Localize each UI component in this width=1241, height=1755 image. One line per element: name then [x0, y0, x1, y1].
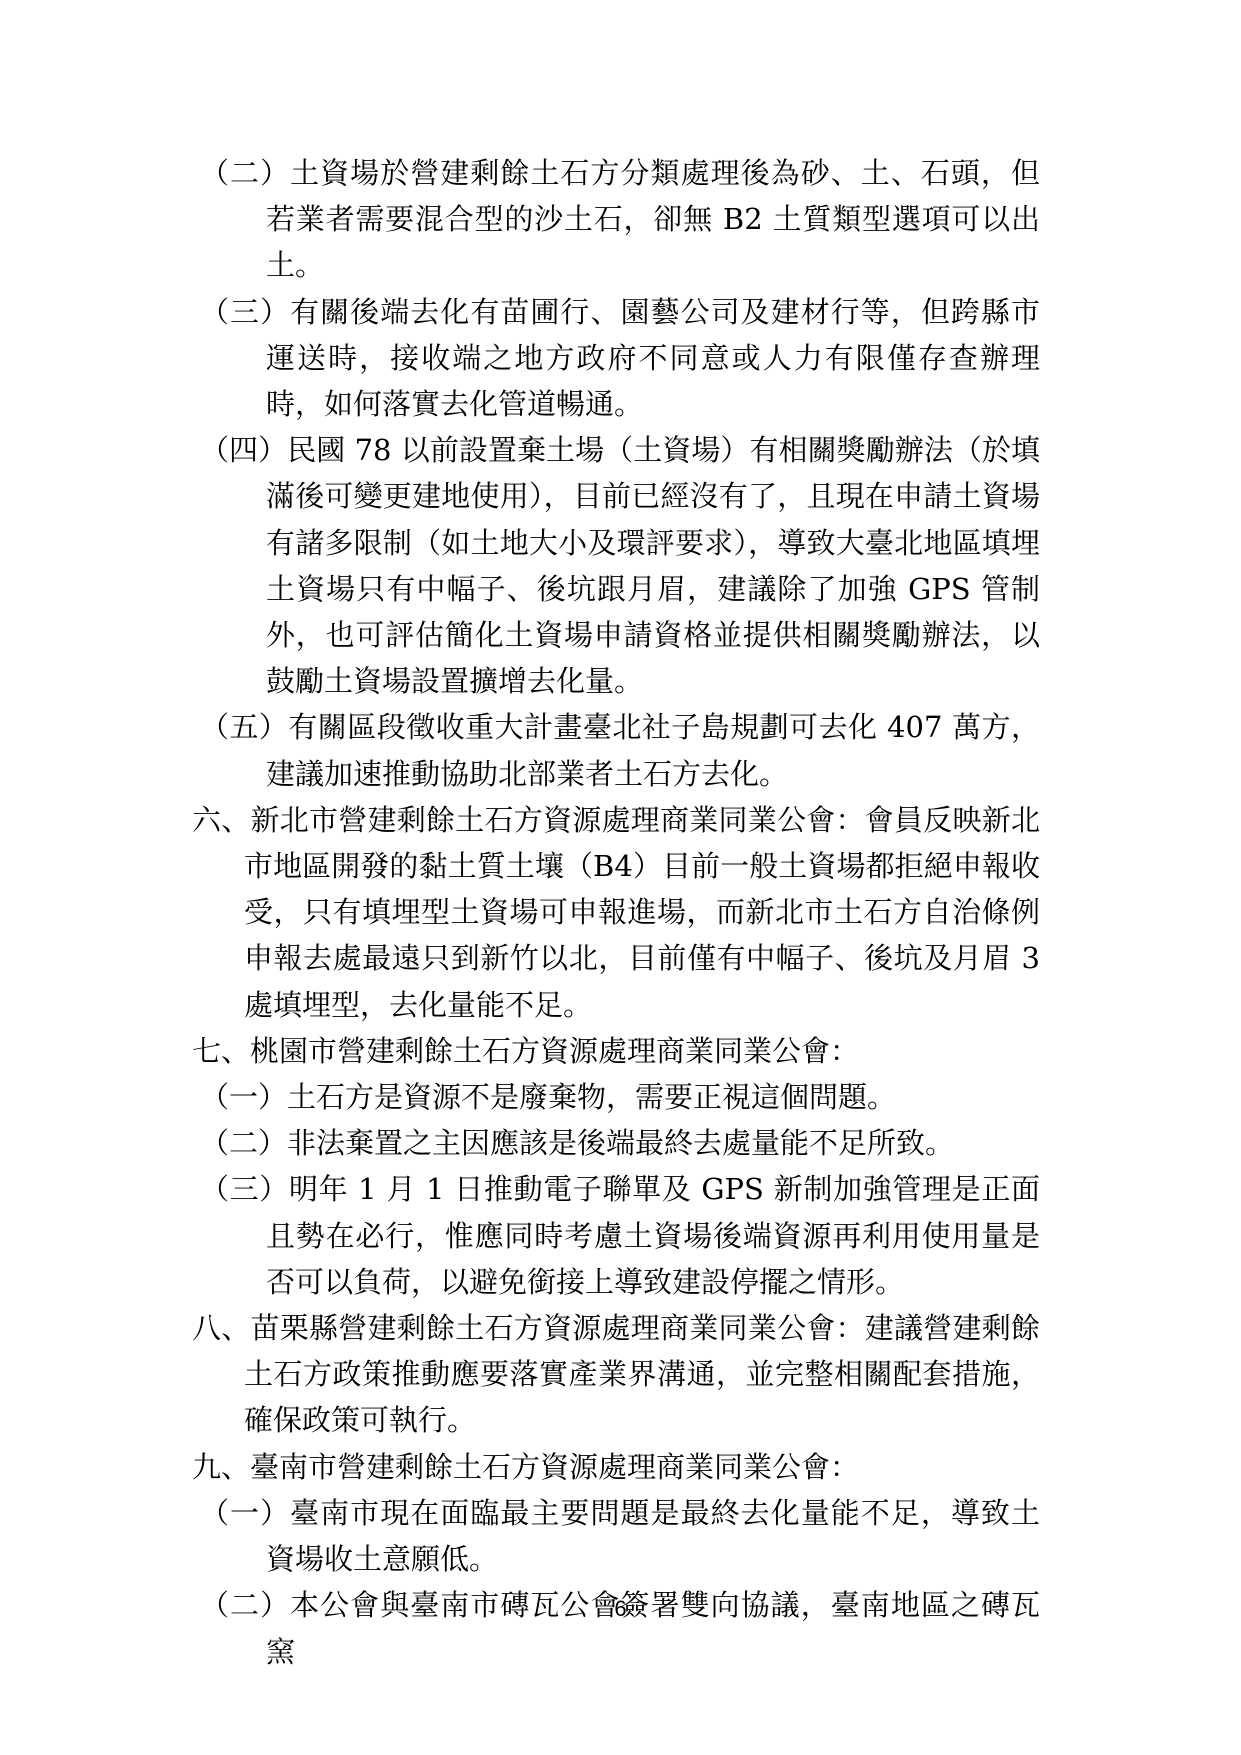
list-item: 六、新北市營建剩餘土石方資源處理商業同業公會：會員反映新北市地區開發的黏土質土壤…	[192, 797, 1040, 1028]
page-number: 6	[0, 1596, 1241, 1622]
item-text: 桃園市營建剩餘土石方資源處理商業同業公會：	[250, 1034, 859, 1068]
item-text: 臺南市營建剩餘土石方資源處理商業同業公會：	[250, 1450, 859, 1484]
item-marker: （二）	[200, 1126, 287, 1160]
item-marker: （二）	[200, 156, 290, 190]
item-marker: 六、	[192, 803, 251, 837]
item-text: 有關後端去化有苗圃行、園藝公司及建材行等，但跨縣市運送時，接收端之地方政府不同意…	[266, 295, 1040, 421]
list-item: （三）明年 1 月 1 日推動電子聯單及 GPS 新制加強管理是正面且勢在必行，…	[200, 1166, 1040, 1305]
item-text: 土石方是資源不是廢棄物，需要正視這個問題。	[287, 1080, 896, 1114]
list-item: （一）臺南市現在面臨最主要問題是最終去化量能不足，導致土資場收土意願低。	[200, 1490, 1040, 1582]
item-text: 土資場於營建剩餘土石方分類處理後為砂、土、石頭，但若業者需要混合型的沙土石，卻無…	[266, 156, 1040, 282]
list-item: （三）有關後端去化有苗圃行、園藝公司及建材行等，但跨縣市運送時，接收端之地方政府…	[200, 289, 1040, 428]
list-item: 九、臺南市營建剩餘土石方資源處理商業同業公會：	[192, 1444, 1040, 1490]
document-page: （二）土資場於營建剩餘土石方分類處理後為砂、土、石頭，但若業者需要混合型的沙土石…	[0, 0, 1241, 1755]
item-text: 民國 78 以前設置棄土場（土資場）有相關獎勵辦法（於填滿後可變更建地使用），目…	[266, 433, 1040, 698]
list-item: （四）民國 78 以前設置棄土場（土資場）有相關獎勵辦法（於填滿後可變更建地使用…	[200, 427, 1040, 704]
item-text: 有關區段徵收重大計畫臺北社子島規劃可去化 407 萬方，建議加速推動協助北部業者…	[266, 710, 1040, 790]
list-item: （二）非法棄置之主因應該是後端最終去處量能不足所致。	[200, 1120, 1040, 1166]
item-marker: （三）	[200, 1172, 289, 1206]
item-marker: （五）	[200, 710, 288, 744]
list-item: （五）有關區段徵收重大計畫臺北社子島規劃可去化 407 萬方，建議加速推動協助北…	[200, 704, 1040, 796]
item-text: 苗栗縣營建剩餘土石方資源處理商業同業公會：建議營建剩餘土石方政策推動應要落實產業…	[244, 1311, 1040, 1437]
item-marker: 七、	[192, 1034, 250, 1068]
item-marker: （一）	[200, 1496, 290, 1530]
item-marker: 八、	[192, 1311, 251, 1345]
item-marker: （三）	[200, 295, 290, 329]
item-text: 非法棄置之主因應該是後端最終去處量能不足所致。	[287, 1126, 954, 1160]
item-marker: （四）	[200, 433, 287, 467]
list-item: 七、桃園市營建剩餘土石方資源處理商業同業公會：	[192, 1028, 1040, 1074]
item-text: 明年 1 月 1 日推動電子聯單及 GPS 新制加強管理是正面且勢在必行，惟應同…	[266, 1172, 1040, 1298]
list-item: （二）土資場於營建剩餘土石方分類處理後為砂、土、石頭，但若業者需要混合型的沙土石…	[200, 150, 1040, 289]
item-marker: （一）	[200, 1080, 287, 1114]
list-item: 八、苗栗縣營建剩餘土石方資源處理商業同業公會：建議營建剩餘土石方政策推動應要落實…	[192, 1305, 1040, 1444]
item-text: 臺南市現在面臨最主要問題是最終去化量能不足，導致土資場收土意願低。	[266, 1496, 1040, 1576]
item-text: 新北市營建剩餘土石方資源處理商業同業公會：會員反映新北市地區開發的黏土質土壤（B…	[244, 803, 1040, 1022]
item-marker: 九、	[192, 1450, 250, 1484]
list-item: （一）土石方是資源不是廢棄物，需要正視這個問題。	[200, 1074, 1040, 1120]
document-body: （二）土資場於營建剩餘土石方分類處理後為砂、土、石頭，但若業者需要混合型的沙土石…	[192, 150, 1040, 1675]
